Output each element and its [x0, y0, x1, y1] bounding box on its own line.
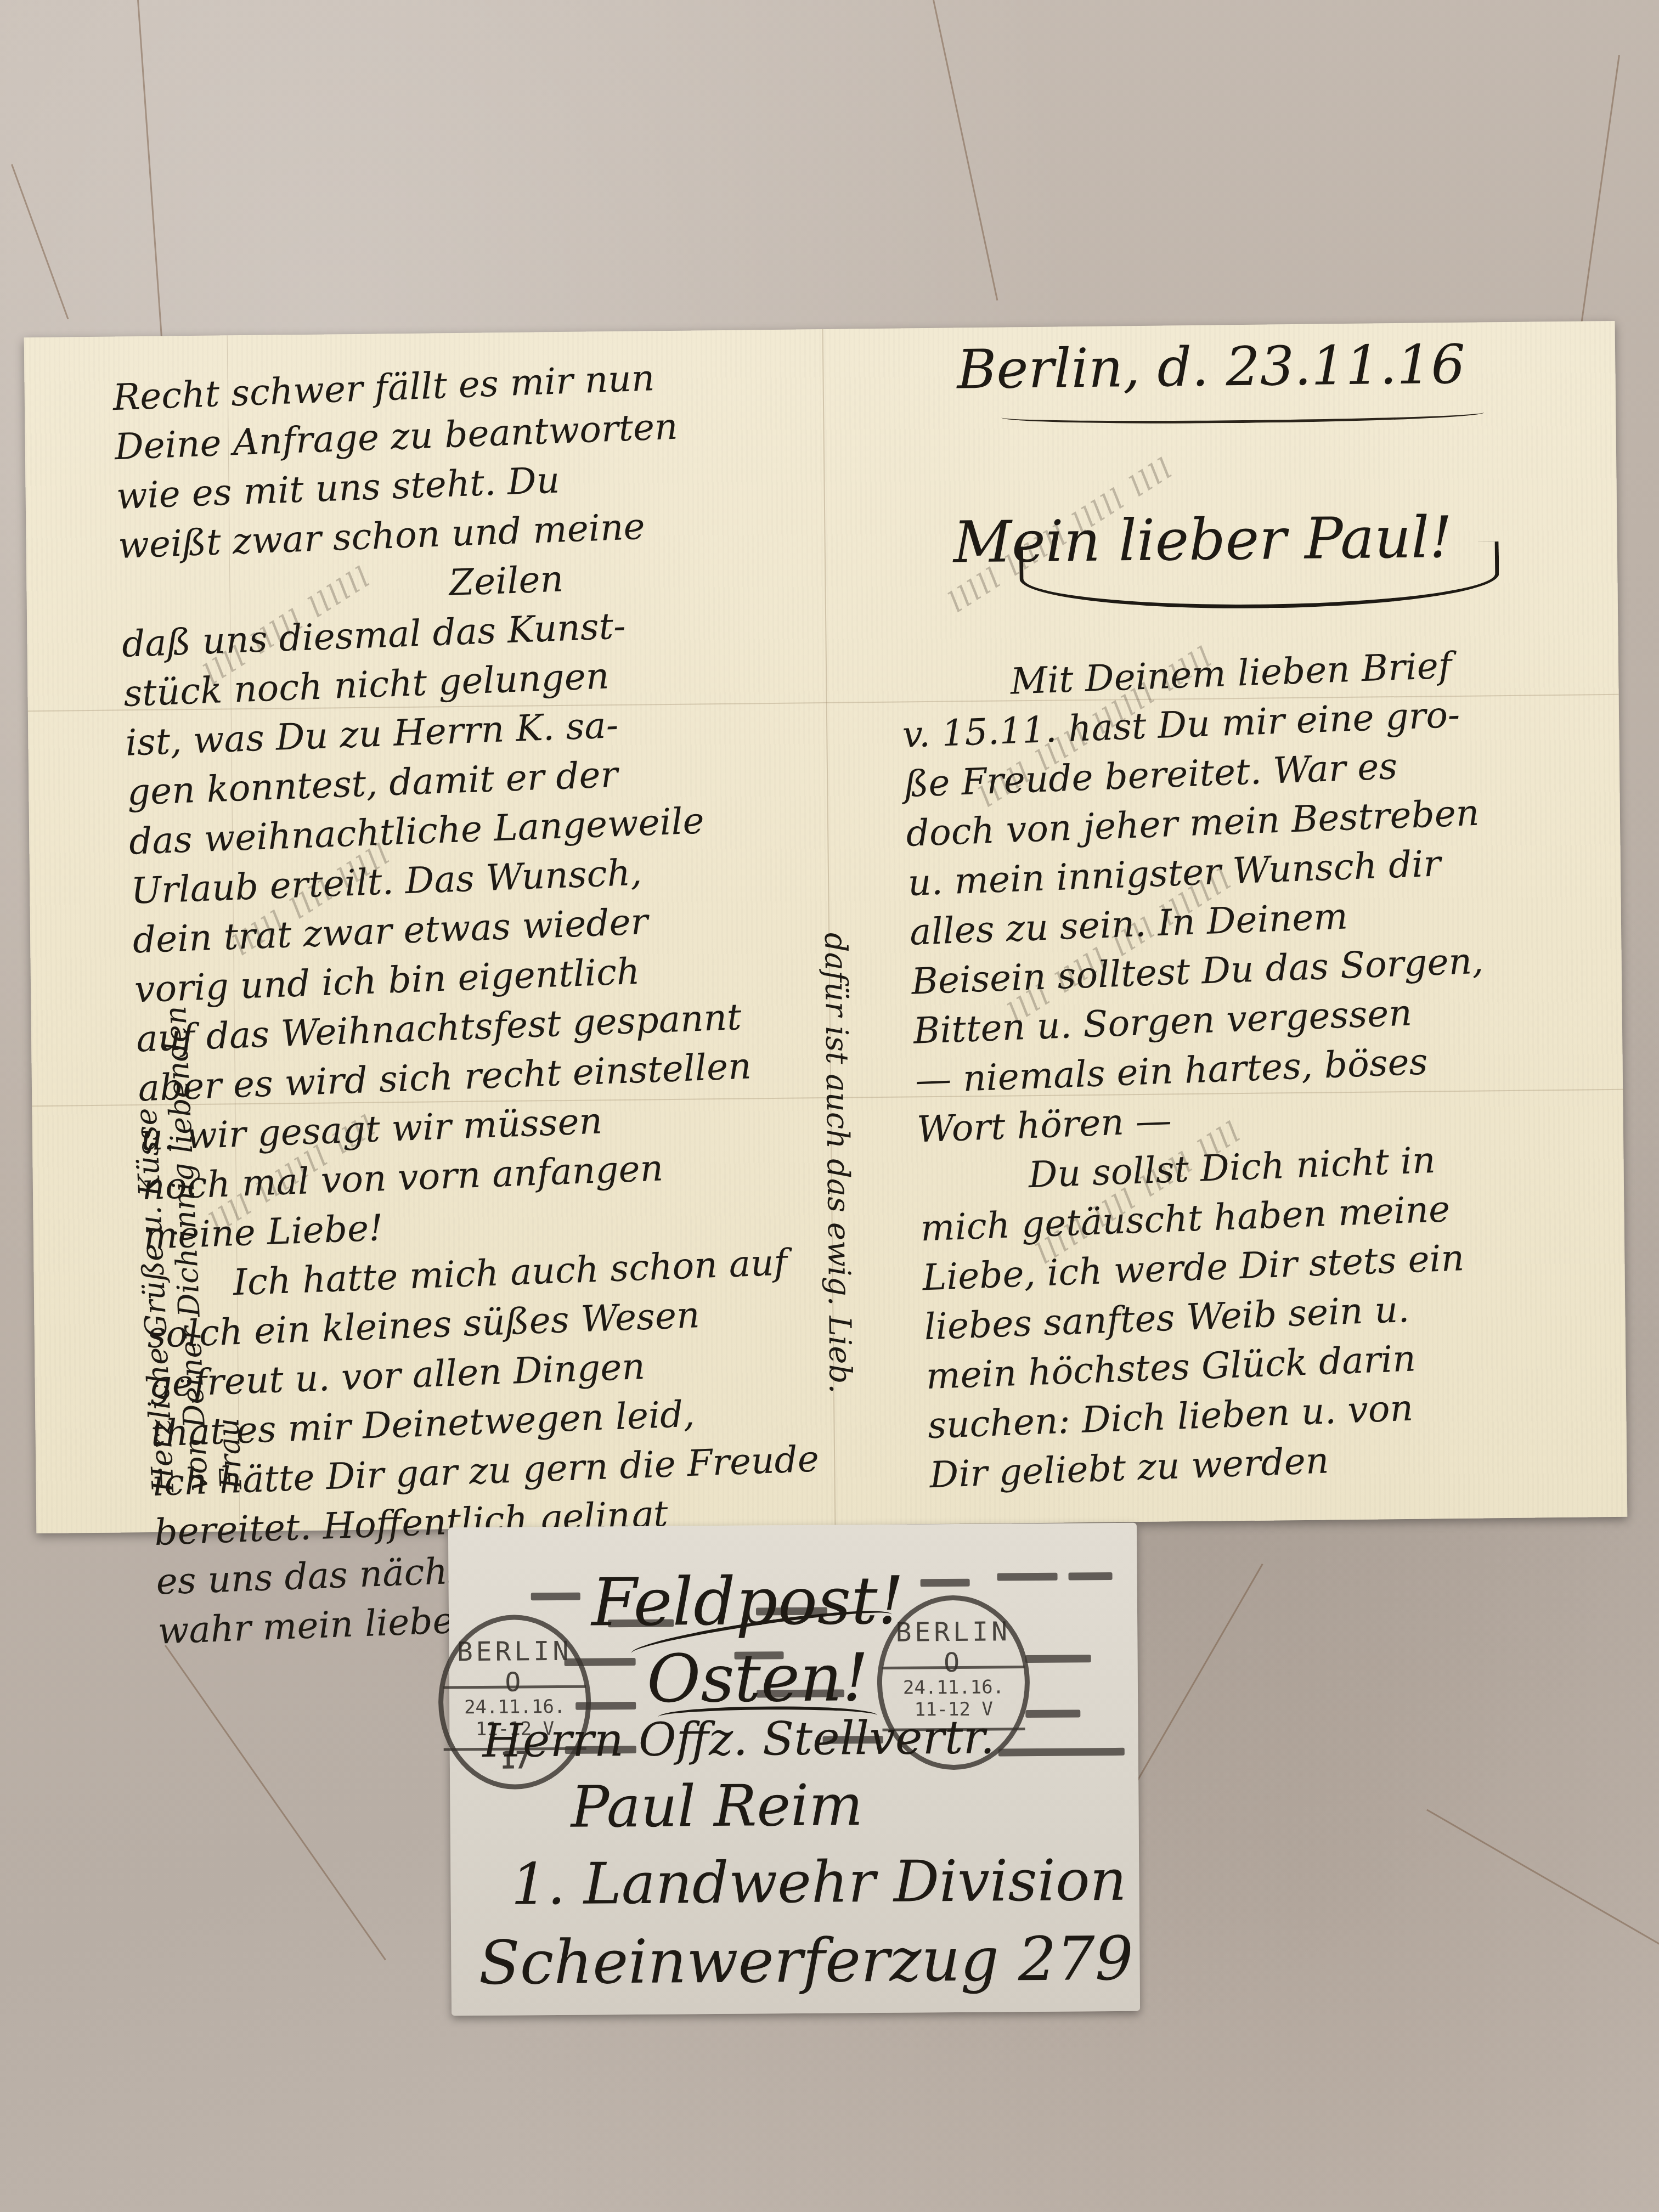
vertical-fold-note: dafür ist auch das ewig. Lieb.: [817, 932, 858, 1393]
envelope: BERLIN O 24.11.16. 11-12 V 17 BERLIN O 2…: [448, 1523, 1140, 2016]
recipient-division: 1. Landwehr Division: [511, 1847, 1127, 1918]
marble-vein: [137, 0, 162, 339]
salutation-flourish: [1019, 541, 1499, 611]
cancellation-bar: [1069, 1572, 1113, 1581]
marble-vein: [1426, 1809, 1659, 1975]
letter-sheet: lllll llllll lllll llll lllll lllll llll…: [24, 321, 1628, 1533]
letter-body-right-column: Mit Deinem lieben Brief v. 15.11. hast D…: [900, 636, 1616, 1500]
recipient-title: Herrn Offz. Stellvertr.: [482, 1710, 995, 1768]
letter-date: Berlin, d. 23.11.16: [957, 334, 1466, 402]
cancellation-bar: [531, 1593, 580, 1601]
cancellation-bar: [998, 1748, 1125, 1757]
marble-vein: [11, 164, 69, 319]
cancellation-bar: [1025, 1655, 1091, 1663]
recipient-unit: Scheinwerferzug 279: [478, 1923, 1133, 1998]
cancellation-bar: [1025, 1709, 1080, 1718]
recipient-name: Paul Reim: [571, 1771, 863, 1841]
marble-vein: [933, 0, 998, 301]
marble-vein: [1580, 55, 1620, 327]
marble-vein: [165, 1645, 386, 1960]
cancellation-bar: [997, 1573, 1058, 1581]
date-underline: [1001, 404, 1484, 425]
cancellation-bar: [921, 1579, 970, 1587]
